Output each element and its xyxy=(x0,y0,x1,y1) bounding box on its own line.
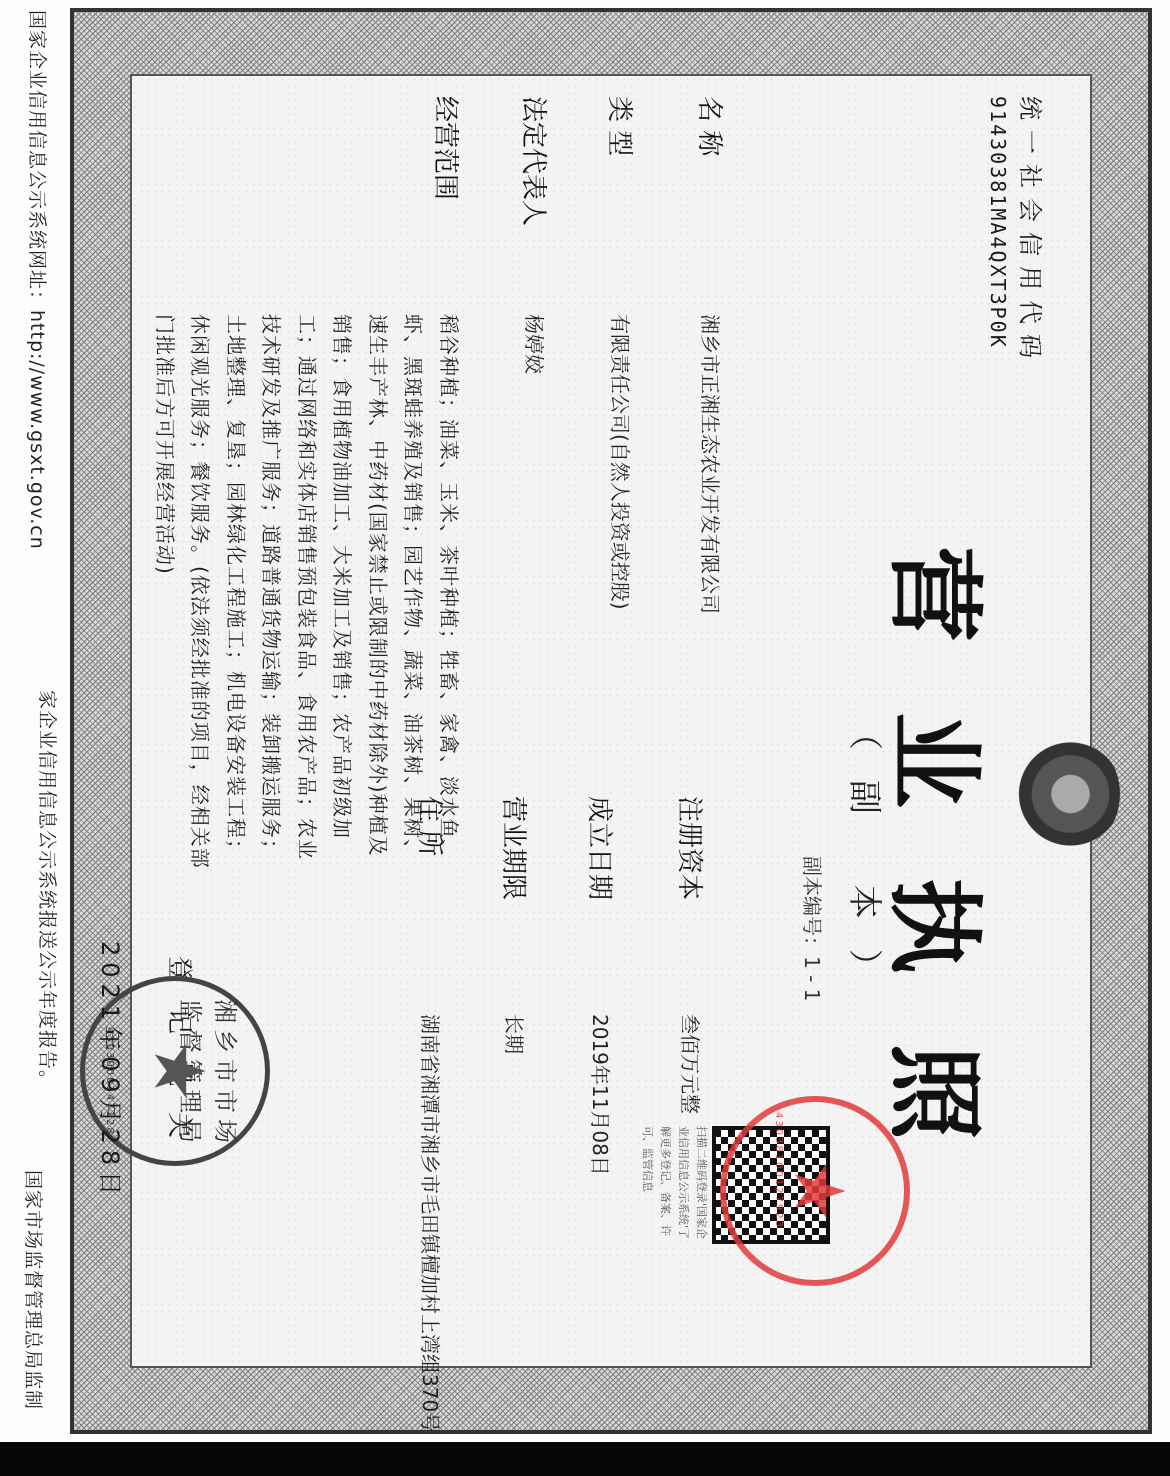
field-type-value: 有限责任公司(自然人投资或控股) xyxy=(607,314,640,610)
guilloche-border: 统一社会信用代码 91430381MA4QXT3P0K 营业执照 （副 本） 副… xyxy=(70,8,1152,1434)
field-legal-rep: 法定代表人 杨婷姣 xyxy=(517,96,554,374)
field-capital-value: 叁佰万元整 xyxy=(677,1014,710,1114)
star-icon: ★ xyxy=(778,1160,860,1223)
document-title: 营业执照 xyxy=(873,546,1010,1210)
field-name-value: 湘乡市正湘生态农业开发有限公司 xyxy=(697,314,730,614)
field-address: 住 所 湖南省湘潭市湘乡市毛田镇檀加村上湾组370号 xyxy=(410,796,450,1434)
gsxt-website-note: 国家企业信用信息公示系统网址：http://www.gsxt.gov.cn xyxy=(25,10,52,550)
license-body: 统一社会信用代码 91430381MA4QXT3P0K 营业执照 （副 本） 副… xyxy=(130,74,1092,1368)
field-address-label: 住 所 xyxy=(413,796,450,996)
issuer-note: 国家市场监督管理总局监制 xyxy=(21,1170,48,1410)
field-type: 类 型 有限责任公司(自然人投资或控股) xyxy=(603,96,640,610)
field-capital-label: 注册资本 xyxy=(673,796,710,996)
field-established-label: 成立日期 xyxy=(583,796,620,996)
registration-date: 2021年09月28日 xyxy=(95,941,130,1201)
national-emblem-icon xyxy=(1010,734,1120,854)
field-capital: 注册资本 叁佰万元整 xyxy=(673,796,710,1114)
credit-code: 91430381MA4QXT3P0K xyxy=(986,96,1010,349)
qr-note: 扫描二维码登录'国家企业信用信息公示系统'了解更多登记、备案、许可、监管信息 xyxy=(638,1126,710,1246)
license-sheet: 国家企业信用信息公示系统网址：http://www.gsxt.gov.cn 市场… xyxy=(0,0,1170,1442)
field-type-label: 类 型 xyxy=(603,96,640,296)
field-established: 成立日期 2019年11月08日 xyxy=(583,796,620,1176)
field-established-value: 2019年11月08日 xyxy=(587,1014,620,1176)
credit-code-label: 统一社会信用代码 xyxy=(1015,96,1050,368)
field-address-value: 湖南省湘潭市湘乡市毛田镇檀加村上湾组370号 xyxy=(410,1014,450,1434)
field-term-value: 长期 xyxy=(501,1014,534,1054)
field-term: 营业期限 长期 xyxy=(497,796,534,1054)
field-scope-label: 经营范围 xyxy=(429,96,466,296)
copy-number: 副本编号：1 - 1 xyxy=(799,856,828,1001)
field-legal-rep-value: 杨婷姣 xyxy=(521,314,554,374)
field-scope: 经营范围 稻谷种植；油菜、玉米、茶叶种植；牲畜、家禽、淡水鱼、虾、黑斑蛙养殖及销… xyxy=(147,96,467,874)
document-subtitle: （副 本） xyxy=(843,716,892,1013)
company-seal: ★ 43038100127923 xyxy=(720,1096,910,1286)
bottom-black-bar xyxy=(0,1442,1170,1476)
field-name-label: 名 称 xyxy=(693,96,730,296)
field-legal-rep-label: 法定代表人 xyxy=(517,96,554,296)
field-name: 名 称 湘乡市正湘生态农业开发有限公司 xyxy=(693,96,730,614)
company-seal-number: 43038100127923 xyxy=(773,1112,784,1229)
field-term-label: 营业期限 xyxy=(497,796,534,996)
star-icon: ★ xyxy=(138,1040,220,1103)
field-scope-value: 稻谷种植；油菜、玉米、茶叶种植；牲畜、家禽、淡水鱼、虾、黑斑蛙养殖及销售；园艺作… xyxy=(147,314,467,874)
annual-report-note-line2: 家企业信用信息公示系统报送公示年度报告。 xyxy=(30,690,64,1095)
